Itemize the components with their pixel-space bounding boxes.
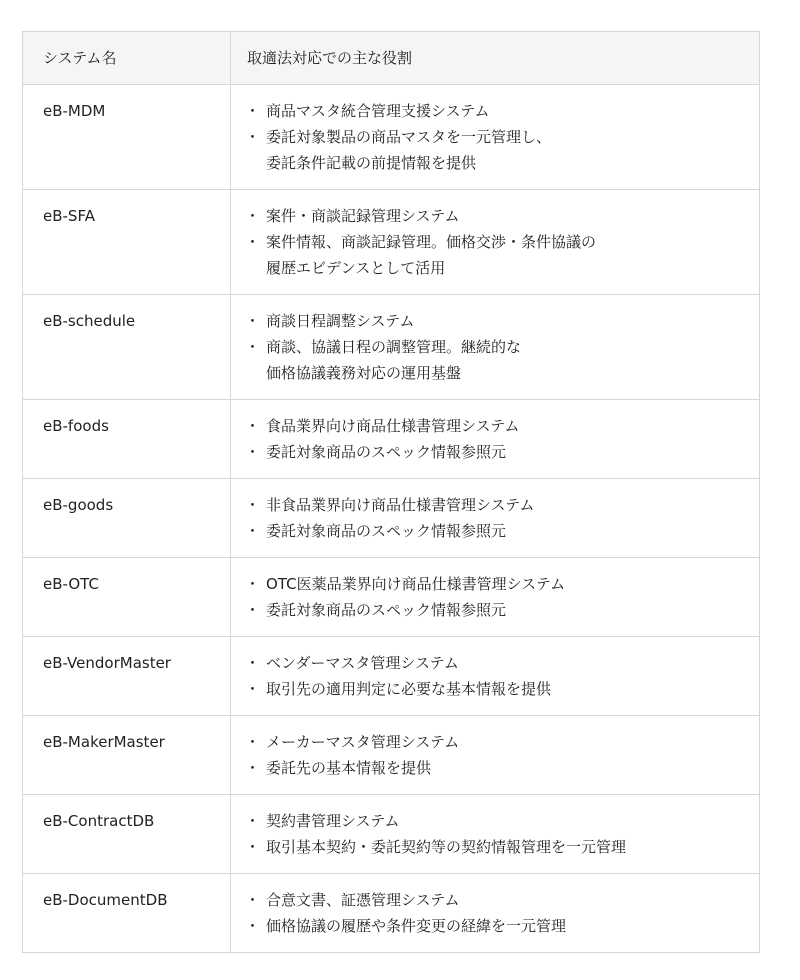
role-item: ・ベンダーマスタ管理システム bbox=[245, 650, 743, 676]
table-body: eB-MDM ・商品マスタ統合管理支援システム・委託対象製品の商品マスタを一元管… bbox=[23, 85, 760, 953]
bullet-marker: ・ bbox=[245, 808, 266, 834]
bullet-marker: ・ bbox=[245, 229, 266, 281]
role-cell: ・契約書管理システム・取引基本契約・委託契約等の契約情報管理を一元管理 bbox=[231, 795, 760, 874]
system-name: eB-foods bbox=[43, 417, 109, 435]
role-text: 契約書管理システム bbox=[266, 808, 743, 834]
bullet-marker: ・ bbox=[245, 439, 266, 465]
bullet-marker: ・ bbox=[245, 492, 266, 518]
table-row: eB-goods ・非食品業界向け商品仕様書管理システム・委託対象商品のスペック… bbox=[23, 479, 760, 558]
role-cell: ・案件・商談記録管理システム・案件情報、商談記録管理。価格交渉・条件協議の履歴エ… bbox=[231, 190, 760, 295]
role-item: ・案件・商談記録管理システム bbox=[245, 203, 743, 229]
role-item: ・価格協議の履歴や条件変更の経緯を一元管理 bbox=[245, 913, 743, 939]
bullet-marker: ・ bbox=[245, 887, 266, 913]
bullet-marker: ・ bbox=[245, 755, 266, 781]
role-list: ・案件・商談記録管理システム・案件情報、商談記録管理。価格交渉・条件協議の履歴エ… bbox=[245, 203, 743, 281]
bullet-marker: ・ bbox=[245, 913, 266, 939]
bullet-marker: ・ bbox=[245, 124, 266, 176]
role-cell: ・商品マスタ統合管理支援システム・委託対象製品の商品マスタを一元管理し、委託条件… bbox=[231, 85, 760, 190]
role-cell: ・非食品業界向け商品仕様書管理システム・委託対象商品のスペック情報参照元 bbox=[231, 479, 760, 558]
system-name-cell: eB-VendorMaster bbox=[23, 637, 231, 716]
system-name-cell: eB-goods bbox=[23, 479, 231, 558]
table-row: eB-DocumentDB ・合意文書、証憑管理システム・価格協議の履歴や条件変… bbox=[23, 874, 760, 953]
table-row: eB-MakerMaster ・メーカーマスタ管理システム・委託先の基本情報を提… bbox=[23, 716, 760, 795]
role-text: 委託先の基本情報を提供 bbox=[266, 755, 743, 781]
role-list: ・OTC医薬品業界向け商品仕様書管理システム・委託対象商品のスペック情報参照元 bbox=[245, 571, 743, 623]
role-text: 商品マスタ統合管理支援システム bbox=[266, 98, 743, 124]
role-item: ・案件情報、商談記録管理。価格交渉・条件協議の履歴エビデンスとして活用 bbox=[245, 229, 743, 281]
role-text: 委託対象商品のスペック情報参照元 bbox=[266, 439, 743, 465]
system-name-cell: eB-ContractDB bbox=[23, 795, 231, 874]
role-item: ・商品マスタ統合管理支援システム bbox=[245, 98, 743, 124]
role-item: ・商談、協議日程の調整管理。継続的な価格協議義務対応の運用基盤 bbox=[245, 334, 743, 386]
bullet-marker: ・ bbox=[245, 650, 266, 676]
system-name: eB-MDM bbox=[43, 102, 105, 120]
role-list: ・食品業界向け商品仕様書管理システム・委託対象商品のスペック情報参照元 bbox=[245, 413, 743, 465]
role-item: ・委託対象商品のスペック情報参照元 bbox=[245, 439, 743, 465]
bullet-marker: ・ bbox=[245, 834, 266, 860]
role-cell: ・商談日程調整システム・商談、協議日程の調整管理。継続的な価格協議義務対応の運用… bbox=[231, 295, 760, 400]
role-cell: ・メーカーマスタ管理システム・委託先の基本情報を提供 bbox=[231, 716, 760, 795]
role-text: 取引先の適用判定に必要な基本情報を提供 bbox=[266, 676, 743, 702]
header-main-role: 取適法対応での主な役割 bbox=[231, 32, 760, 85]
role-list: ・合意文書、証憑管理システム・価格協議の履歴や条件変更の経緯を一元管理 bbox=[245, 887, 743, 939]
bullet-marker: ・ bbox=[245, 98, 266, 124]
role-cell: ・食品業界向け商品仕様書管理システム・委託対象商品のスペック情報参照元 bbox=[231, 400, 760, 479]
role-text: OTC医薬品業界向け商品仕様書管理システム bbox=[266, 571, 743, 597]
role-text: 商談、協議日程の調整管理。継続的な価格協議義務対応の運用基盤 bbox=[266, 334, 743, 386]
system-name-cell: eB-schedule bbox=[23, 295, 231, 400]
bullet-marker: ・ bbox=[245, 334, 266, 386]
role-item: ・契約書管理システム bbox=[245, 808, 743, 834]
systems-table: システム名 取適法対応での主な役割 eB-MDM ・商品マスタ統合管理支援システ… bbox=[22, 31, 760, 953]
role-item: ・商談日程調整システム bbox=[245, 308, 743, 334]
role-item: ・メーカーマスタ管理システム bbox=[245, 729, 743, 755]
system-name: eB-OTC bbox=[43, 575, 99, 593]
table-row: eB-VendorMaster ・ベンダーマスタ管理システム・取引先の適用判定に… bbox=[23, 637, 760, 716]
role-text: 委託対象商品のスペック情報参照元 bbox=[266, 597, 743, 623]
bullet-marker: ・ bbox=[245, 597, 266, 623]
system-name: eB-MakerMaster bbox=[43, 733, 165, 751]
bullet-marker: ・ bbox=[245, 676, 266, 702]
role-cell: ・合意文書、証憑管理システム・価格協議の履歴や条件変更の経緯を一元管理 bbox=[231, 874, 760, 953]
system-name: eB-SFA bbox=[43, 207, 95, 225]
system-name-cell: eB-MakerMaster bbox=[23, 716, 231, 795]
table-row: eB-SFA ・案件・商談記録管理システム・案件情報、商談記録管理。価格交渉・条… bbox=[23, 190, 760, 295]
system-name: eB-VendorMaster bbox=[43, 654, 171, 672]
role-text: 合意文書、証憑管理システム bbox=[266, 887, 743, 913]
bullet-marker: ・ bbox=[245, 203, 266, 229]
role-item: ・OTC医薬品業界向け商品仕様書管理システム bbox=[245, 571, 743, 597]
role-text: 案件情報、商談記録管理。価格交渉・条件協議の履歴エビデンスとして活用 bbox=[266, 229, 743, 281]
table-row: eB-MDM ・商品マスタ統合管理支援システム・委託対象製品の商品マスタを一元管… bbox=[23, 85, 760, 190]
role-item: ・合意文書、証憑管理システム bbox=[245, 887, 743, 913]
role-item: ・委託先の基本情報を提供 bbox=[245, 755, 743, 781]
role-list: ・ベンダーマスタ管理システム・取引先の適用判定に必要な基本情報を提供 bbox=[245, 650, 743, 702]
bullet-marker: ・ bbox=[245, 518, 266, 544]
role-text: メーカーマスタ管理システム bbox=[266, 729, 743, 755]
bullet-marker: ・ bbox=[245, 308, 266, 334]
bullet-marker: ・ bbox=[245, 729, 266, 755]
system-name: eB-DocumentDB bbox=[43, 891, 167, 909]
role-item: ・非食品業界向け商品仕様書管理システム bbox=[245, 492, 743, 518]
role-list: ・商談日程調整システム・商談、協議日程の調整管理。継続的な価格協議義務対応の運用… bbox=[245, 308, 743, 386]
role-item: ・委託対象商品のスペック情報参照元 bbox=[245, 518, 743, 544]
system-name-cell: eB-DocumentDB bbox=[23, 874, 231, 953]
system-name-cell: eB-OTC bbox=[23, 558, 231, 637]
role-text: 取引基本契約・委託契約等の契約情報管理を一元管理 bbox=[266, 834, 743, 860]
role-text: 委託対象商品のスペック情報参照元 bbox=[266, 518, 743, 544]
role-text: 案件・商談記録管理システム bbox=[266, 203, 743, 229]
role-text: 価格協議の履歴や条件変更の経緯を一元管理 bbox=[266, 913, 743, 939]
role-item: ・委託対象製品の商品マスタを一元管理し、委託条件記載の前提情報を提供 bbox=[245, 124, 743, 176]
table-row: eB-foods ・食品業界向け商品仕様書管理システム・委託対象商品のスペック情… bbox=[23, 400, 760, 479]
role-text: 商談日程調整システム bbox=[266, 308, 743, 334]
bullet-marker: ・ bbox=[245, 413, 266, 439]
system-name-cell: eB-foods bbox=[23, 400, 231, 479]
system-name: eB-ContractDB bbox=[43, 812, 154, 830]
role-list: ・メーカーマスタ管理システム・委託先の基本情報を提供 bbox=[245, 729, 743, 781]
role-text: ベンダーマスタ管理システム bbox=[266, 650, 743, 676]
role-item: ・取引先の適用判定に必要な基本情報を提供 bbox=[245, 676, 743, 702]
table-row: eB-ContractDB ・契約書管理システム・取引基本契約・委託契約等の契約… bbox=[23, 795, 760, 874]
table-row: eB-OTC ・OTC医薬品業界向け商品仕様書管理システム・委託対象商品のスペッ… bbox=[23, 558, 760, 637]
role-text: 委託対象製品の商品マスタを一元管理し、委託条件記載の前提情報を提供 bbox=[266, 124, 743, 176]
role-cell: ・OTC医薬品業界向け商品仕様書管理システム・委託対象商品のスペック情報参照元 bbox=[231, 558, 760, 637]
header-system-name: システム名 bbox=[23, 32, 231, 85]
role-item: ・委託対象商品のスペック情報参照元 bbox=[245, 597, 743, 623]
system-name-cell: eB-SFA bbox=[23, 190, 231, 295]
role-text: 非食品業界向け商品仕様書管理システム bbox=[266, 492, 743, 518]
table-row: eB-schedule ・商談日程調整システム・商談、協議日程の調整管理。継続的… bbox=[23, 295, 760, 400]
role-item: ・取引基本契約・委託契約等の契約情報管理を一元管理 bbox=[245, 834, 743, 860]
role-list: ・契約書管理システム・取引基本契約・委託契約等の契約情報管理を一元管理 bbox=[245, 808, 743, 860]
role-list: ・非食品業界向け商品仕様書管理システム・委託対象商品のスペック情報参照元 bbox=[245, 492, 743, 544]
header-row: システム名 取適法対応での主な役割 bbox=[23, 32, 760, 85]
role-item: ・食品業界向け商品仕様書管理システム bbox=[245, 413, 743, 439]
document-page: システム名 取適法対応での主な役割 eB-MDM ・商品マスタ統合管理支援システ… bbox=[0, 0, 800, 980]
role-list: ・商品マスタ統合管理支援システム・委託対象製品の商品マスタを一元管理し、委託条件… bbox=[245, 98, 743, 176]
system-name-cell: eB-MDM bbox=[23, 85, 231, 190]
role-text: 食品業界向け商品仕様書管理システム bbox=[266, 413, 743, 439]
system-name: eB-schedule bbox=[43, 312, 135, 330]
system-name: eB-goods bbox=[43, 496, 113, 514]
bullet-marker: ・ bbox=[245, 571, 266, 597]
role-cell: ・ベンダーマスタ管理システム・取引先の適用判定に必要な基本情報を提供 bbox=[231, 637, 760, 716]
